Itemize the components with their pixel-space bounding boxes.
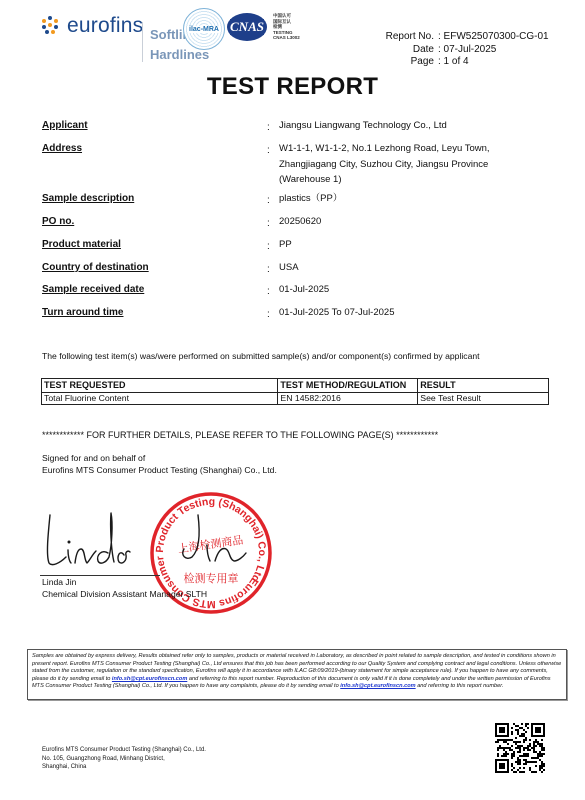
- further-details-note: ************ FOR FURTHER DETAILS, PLEASE…: [42, 430, 438, 440]
- footer-address: Eurofins MTS Consumer Product Testing (S…: [42, 746, 206, 772]
- address-value: W1-1-1, W1-1-2, No.1 Lezhong Road, Leyu …: [279, 141, 559, 188]
- colon: :: [267, 122, 270, 133]
- report-meta: Report No.: EFW525070300-CG-01 Date: 07-…: [382, 31, 549, 69]
- disclaimer-box: Samples are obtained by express delivery…: [27, 649, 567, 700]
- product-material-value: PP: [279, 237, 559, 253]
- cnas-logo: CNAS: [227, 13, 267, 41]
- cnas-accreditation-text: 中国认可 国际互认 检测 TESTING CNAS L3002: [273, 13, 300, 41]
- qr-code[interactable]: [495, 723, 545, 773]
- applicant-value: Jiangsu Liangwang Technology Co., Ltd: [279, 118, 559, 134]
- page-number: : 1 of 4: [438, 56, 469, 69]
- eurofins-dots-icon: [40, 15, 62, 37]
- product-material-label: Product material: [42, 239, 121, 250]
- ilac-mra-logo: ilac-MRA: [183, 8, 225, 50]
- address-line: W1-1-1, W1-1-2, No.1 Lezhong Road, Leyu …: [279, 141, 559, 157]
- email-link[interactable]: info.sh@cpt.eurofinscn.com: [340, 683, 415, 689]
- signed-on-behalf: Signed for and on behalf of Eurofins MTS…: [42, 452, 277, 476]
- colon: :: [267, 264, 270, 275]
- test-requested-cell: Total Fluorine Content: [42, 393, 278, 405]
- date-label: Date: [382, 44, 438, 57]
- cnas-label: CNAS: [230, 19, 264, 35]
- ilac-label: ilac-MRA: [188, 26, 220, 33]
- test-table: TEST REQUESTED TEST METHOD/REGULATION RE…: [41, 378, 549, 405]
- column-header: TEST METHOD/REGULATION: [278, 379, 418, 393]
- address-label: Address: [42, 143, 82, 154]
- country-label: Country of destination: [42, 262, 149, 273]
- eurofins-logo: eurofins: [40, 14, 143, 38]
- address-line: (Warehouse 1): [279, 172, 559, 188]
- received-date-label: Sample received date: [42, 284, 144, 295]
- address-line: No. 105, Guangzhong Road, Minhang Distri…: [42, 755, 206, 764]
- report-no: : EFW525070300-CG-01: [438, 31, 549, 44]
- signed-line-1: Signed for and on behalf of: [42, 452, 277, 464]
- colon: :: [267, 241, 270, 252]
- po-value: 20250620: [279, 214, 559, 230]
- po-label: PO no.: [42, 216, 74, 227]
- performed-statement: The following test item(s) was/were perf…: [42, 351, 480, 361]
- address-line: Eurofins MTS Consumer Product Testing (S…: [42, 746, 206, 755]
- signed-line-2: Eurofins MTS Consumer Product Testing (S…: [42, 464, 277, 476]
- test-method-cell: EN 14582:2016: [278, 393, 418, 405]
- disclaimer-text: and referring to this report number.: [416, 683, 504, 689]
- email-link[interactable]: info.sh@cpt.eurofinscn.com: [112, 676, 187, 682]
- report-date: : 07-Jul-2025: [438, 44, 496, 57]
- colon: :: [267, 195, 270, 206]
- colon: :: [267, 286, 270, 297]
- received-date-value: 01-Jul-2025: [279, 282, 559, 298]
- country-value: USA: [279, 260, 559, 276]
- column-header: RESULT: [418, 379, 549, 393]
- table-header-row: TEST REQUESTED TEST METHOD/REGULATION RE…: [42, 379, 549, 393]
- colon: :: [267, 309, 270, 320]
- signer-title: Chemical Division Assistant Manager SLTH: [42, 588, 207, 600]
- signature: [40, 505, 270, 575]
- logo-divider: [142, 22, 143, 62]
- turnaround-label: Turn around time: [42, 307, 123, 318]
- applicant-label: Applicant: [42, 120, 88, 131]
- sample-description-value: plastics（PP）: [279, 191, 559, 207]
- signer-block: Linda Jin Chemical Division Assistant Ma…: [42, 576, 207, 600]
- result-cell: See Test Result: [418, 393, 549, 405]
- turnaround-value: 01-Jul-2025 To 07-Jul-2025: [279, 305, 559, 321]
- sample-description-label: Sample description: [42, 193, 134, 204]
- signer-name: Linda Jin: [42, 576, 207, 588]
- address-line: Shanghai, China: [42, 763, 206, 772]
- colon: :: [267, 218, 270, 229]
- page-title: TEST REPORT: [0, 73, 585, 101]
- colon: :: [267, 145, 270, 156]
- table-row: Total Fluorine Content EN 14582:2016 See…: [42, 393, 549, 405]
- column-header: TEST REQUESTED: [42, 379, 278, 393]
- cnas-text-line: CNAS L3002: [273, 35, 300, 41]
- page-label: Page: [382, 56, 438, 69]
- brand-name: eurofins: [67, 14, 143, 38]
- report-no-label: Report No.: [382, 31, 438, 44]
- address-line: Zhangjiagang City, Suzhou City, Jiangsu …: [279, 157, 559, 173]
